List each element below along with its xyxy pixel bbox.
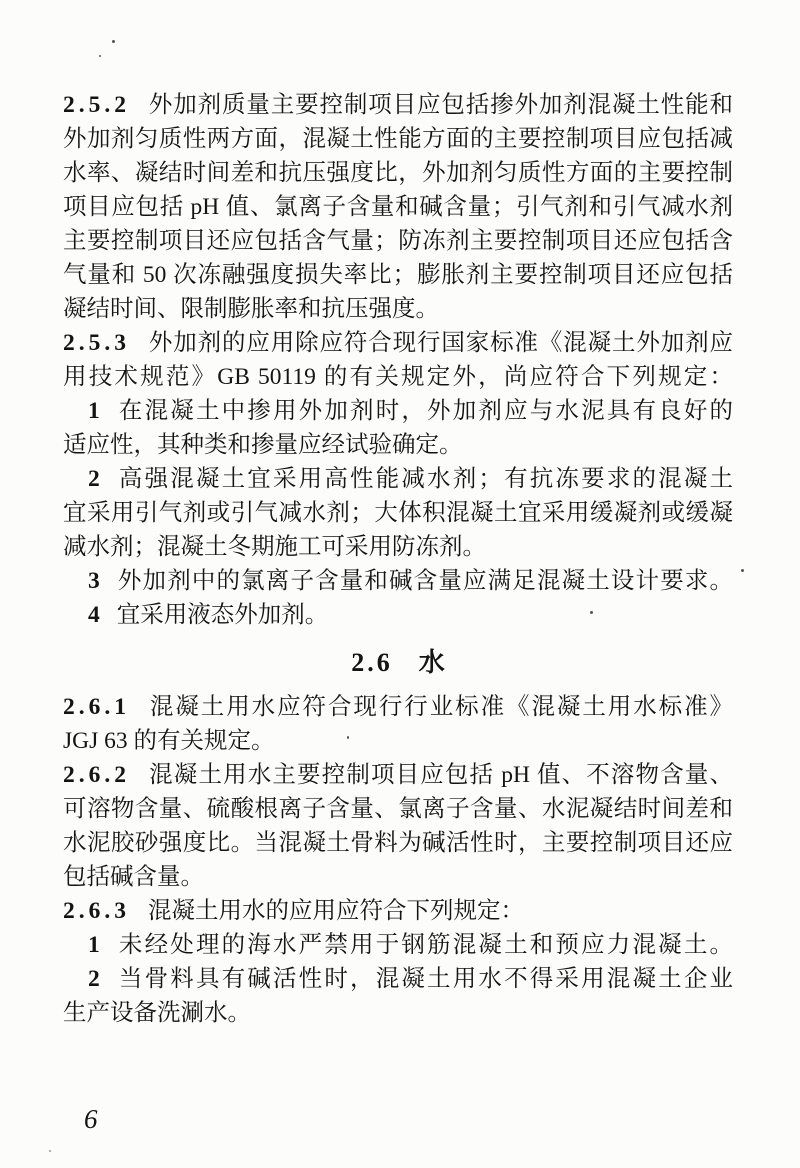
item-number: 4 xyxy=(88,602,100,628)
scan-speck xyxy=(49,1150,51,1152)
text-line: 外加剂匀质性两方面，混凝土性能方面的主要控制项目应包括减 xyxy=(63,122,733,156)
item-number: 2 xyxy=(88,966,100,992)
line-text: 减水剂；混凝土冬期施工可采用防冻剂。 xyxy=(63,534,486,560)
clause-number: 2.6.3 xyxy=(63,898,130,924)
section-number: 2.6 xyxy=(351,648,393,677)
line-text: 外加剂中的氯离子含量和碱含量应满足混凝土设计要求。 xyxy=(117,568,733,594)
item-number: 1 xyxy=(88,398,100,424)
line-text: 气量和 50 次冻融强度损失率比；膨胀剂主要控制项目还应包括 xyxy=(63,262,733,288)
line-text: 项目应包括 pH 值、氯离子含量和碱含量；引气剂和引气减水剂 xyxy=(63,194,733,220)
line-text: 用技术规范》GB 50119 的有关规定外，尚应符合下列规定： xyxy=(63,364,733,390)
line-text: 包括碱含量。 xyxy=(63,864,204,890)
page-number: 6 xyxy=(84,1102,98,1136)
line-text: JGJ 63 的有关规定。 xyxy=(63,728,275,754)
line-text: 外加剂匀质性两方面，混凝土性能方面的主要控制项目应包括减 xyxy=(63,126,733,152)
scan-speck xyxy=(590,611,593,614)
line-text: 水率、凝结时间差和抗压强度比，外加剂匀质性方面的主要控制 xyxy=(63,160,733,186)
clause-number: 2.6.1 xyxy=(63,694,130,720)
text-line: JGJ 63 的有关规定。 xyxy=(63,724,733,758)
text-line: 凝结时间、限制膨胀率和抗压强度。 xyxy=(63,292,733,326)
document-body: 2.5.2外加剂质量主要控制项目应包括掺外加剂混凝土性能和 外加剂匀质性两方面，… xyxy=(63,88,733,1030)
text-line: 宜采用引气剂或引气减水剂；大体积混凝土宜采用缓凝剂或缓凝 xyxy=(63,496,733,530)
item-number: 1 xyxy=(88,932,100,958)
line-text: 高强混凝土宜采用高性能减水剂；有抗冻要求的混凝土 xyxy=(117,466,733,492)
line-text: 适应性，其种类和掺量应经试验确定。 xyxy=(63,432,463,458)
list-item-line: 2高强混凝土宜采用高性能减水剂；有抗冻要求的混凝土 xyxy=(63,462,733,496)
scan-speck xyxy=(112,40,115,43)
text-line: 项目应包括 pH 值、氯离子含量和碱含量；引气剂和引气减水剂 xyxy=(63,190,733,224)
clause-line: 2.6.2混凝土用水主要控制项目应包括 pH 值、不溶物含量、 xyxy=(63,758,733,792)
text-line: 气量和 50 次冻融强度损失率比；膨胀剂主要控制项目还应包括 xyxy=(63,258,733,292)
item-number: 2 xyxy=(88,466,100,492)
line-text: 宜采用引气剂或引气减水剂；大体积混凝土宜采用缓凝剂或缓凝 xyxy=(63,500,733,526)
text-line: 水泥胶砂强度比。当混凝土骨料为碱活性时，主要控制项目还应 xyxy=(63,826,733,860)
section-heading: 2.6水 xyxy=(63,646,733,680)
text-line: 用技术规范》GB 50119 的有关规定外，尚应符合下列规定： xyxy=(63,360,733,394)
text-line: 水率、凝结时间差和抗压强度比，外加剂匀质性方面的主要控制 xyxy=(63,156,733,190)
line-text: 可溶物含量、硫酸根离子含量、氯离子含量、水泥凝结时间差和 xyxy=(63,796,733,822)
line-text: 生产设备洗涮水。 xyxy=(63,1000,251,1026)
clause-line: 2.6.1混凝土用水应符合现行行业标准《混凝土用水标准》 xyxy=(63,690,733,724)
clause-line: 2.5.3外加剂的应用除应符合现行国家标准《混凝土外加剂应 xyxy=(63,326,733,360)
line-text: 未经处理的海水严禁用于钢筋混凝土和预应力混凝土。 xyxy=(117,932,733,958)
line-text: 混凝土用水应符合现行行业标准《混凝土用水标准》 xyxy=(148,694,733,720)
text-line: 生产设备洗涮水。 xyxy=(63,996,733,1030)
clause-line: 2.6.3混凝土用水的应用应符合下列规定： xyxy=(63,894,733,928)
clause-number: 2.5.3 xyxy=(63,330,130,356)
scan-speck xyxy=(347,736,349,739)
scan-speck xyxy=(741,569,744,572)
list-item-line: 1未经处理的海水严禁用于钢筋混凝土和预应力混凝土。 xyxy=(63,928,733,962)
list-item-line: 1在混凝土中掺用外加剂时，外加剂应与水泥具有良好的 xyxy=(63,394,733,428)
line-text: 混凝土用水的应用应符合下列规定： xyxy=(148,898,524,924)
clause-number: 2.6.2 xyxy=(63,762,130,788)
line-text: 水泥胶砂强度比。当混凝土骨料为碱活性时，主要控制项目还应 xyxy=(63,830,733,856)
clause-line: 2.5.2外加剂质量主要控制项目应包括掺外加剂混凝土性能和 xyxy=(63,88,733,122)
item-number: 3 xyxy=(88,568,100,594)
list-item-line: 3外加剂中的氯离子含量和碱含量应满足混凝土设计要求。 xyxy=(63,564,733,598)
list-item-line: 2当骨料具有碱活性时，混凝土用水不得采用混凝土企业 xyxy=(63,962,733,996)
line-text: 当骨料具有碱活性时，混凝土用水不得采用混凝土企业 xyxy=(117,966,733,992)
text-line: 主要控制项目还应包括含气量；防冻剂主要控制项目还应包括含 xyxy=(63,224,733,258)
list-item-line: 4宜采用液态外加剂。 xyxy=(63,598,733,632)
text-line: 包括碱含量。 xyxy=(63,860,733,894)
line-text: 外加剂的应用除应符合现行国家标准《混凝土外加剂应 xyxy=(148,330,733,356)
line-text: 在混凝土中掺用外加剂时，外加剂应与水泥具有良好的 xyxy=(117,398,733,424)
scan-speck xyxy=(99,55,101,57)
line-text: 凝结时间、限制膨胀率和抗压强度。 xyxy=(63,296,439,322)
line-text: 混凝土用水主要控制项目应包括 pH 值、不溶物含量、 xyxy=(148,762,733,788)
scanned-document-page: 2.5.2外加剂质量主要控制项目应包括掺外加剂混凝土性能和 外加剂匀质性两方面，… xyxy=(0,0,800,1168)
text-line: 可溶物含量、硫酸根离子含量、氯离子含量、水泥凝结时间差和 xyxy=(63,792,733,826)
line-text: 外加剂质量主要控制项目应包括掺外加剂混凝土性能和 xyxy=(148,92,733,118)
line-text: 宜采用液态外加剂。 xyxy=(117,602,329,628)
clause-number: 2.5.2 xyxy=(63,92,130,118)
text-line: 适应性，其种类和掺量应经试验确定。 xyxy=(63,428,733,462)
line-text: 主要控制项目还应包括含气量；防冻剂主要控制项目还应包括含 xyxy=(63,228,733,254)
section-title: 水 xyxy=(419,648,445,677)
text-line: 减水剂；混凝土冬期施工可采用防冻剂。 xyxy=(63,530,733,564)
